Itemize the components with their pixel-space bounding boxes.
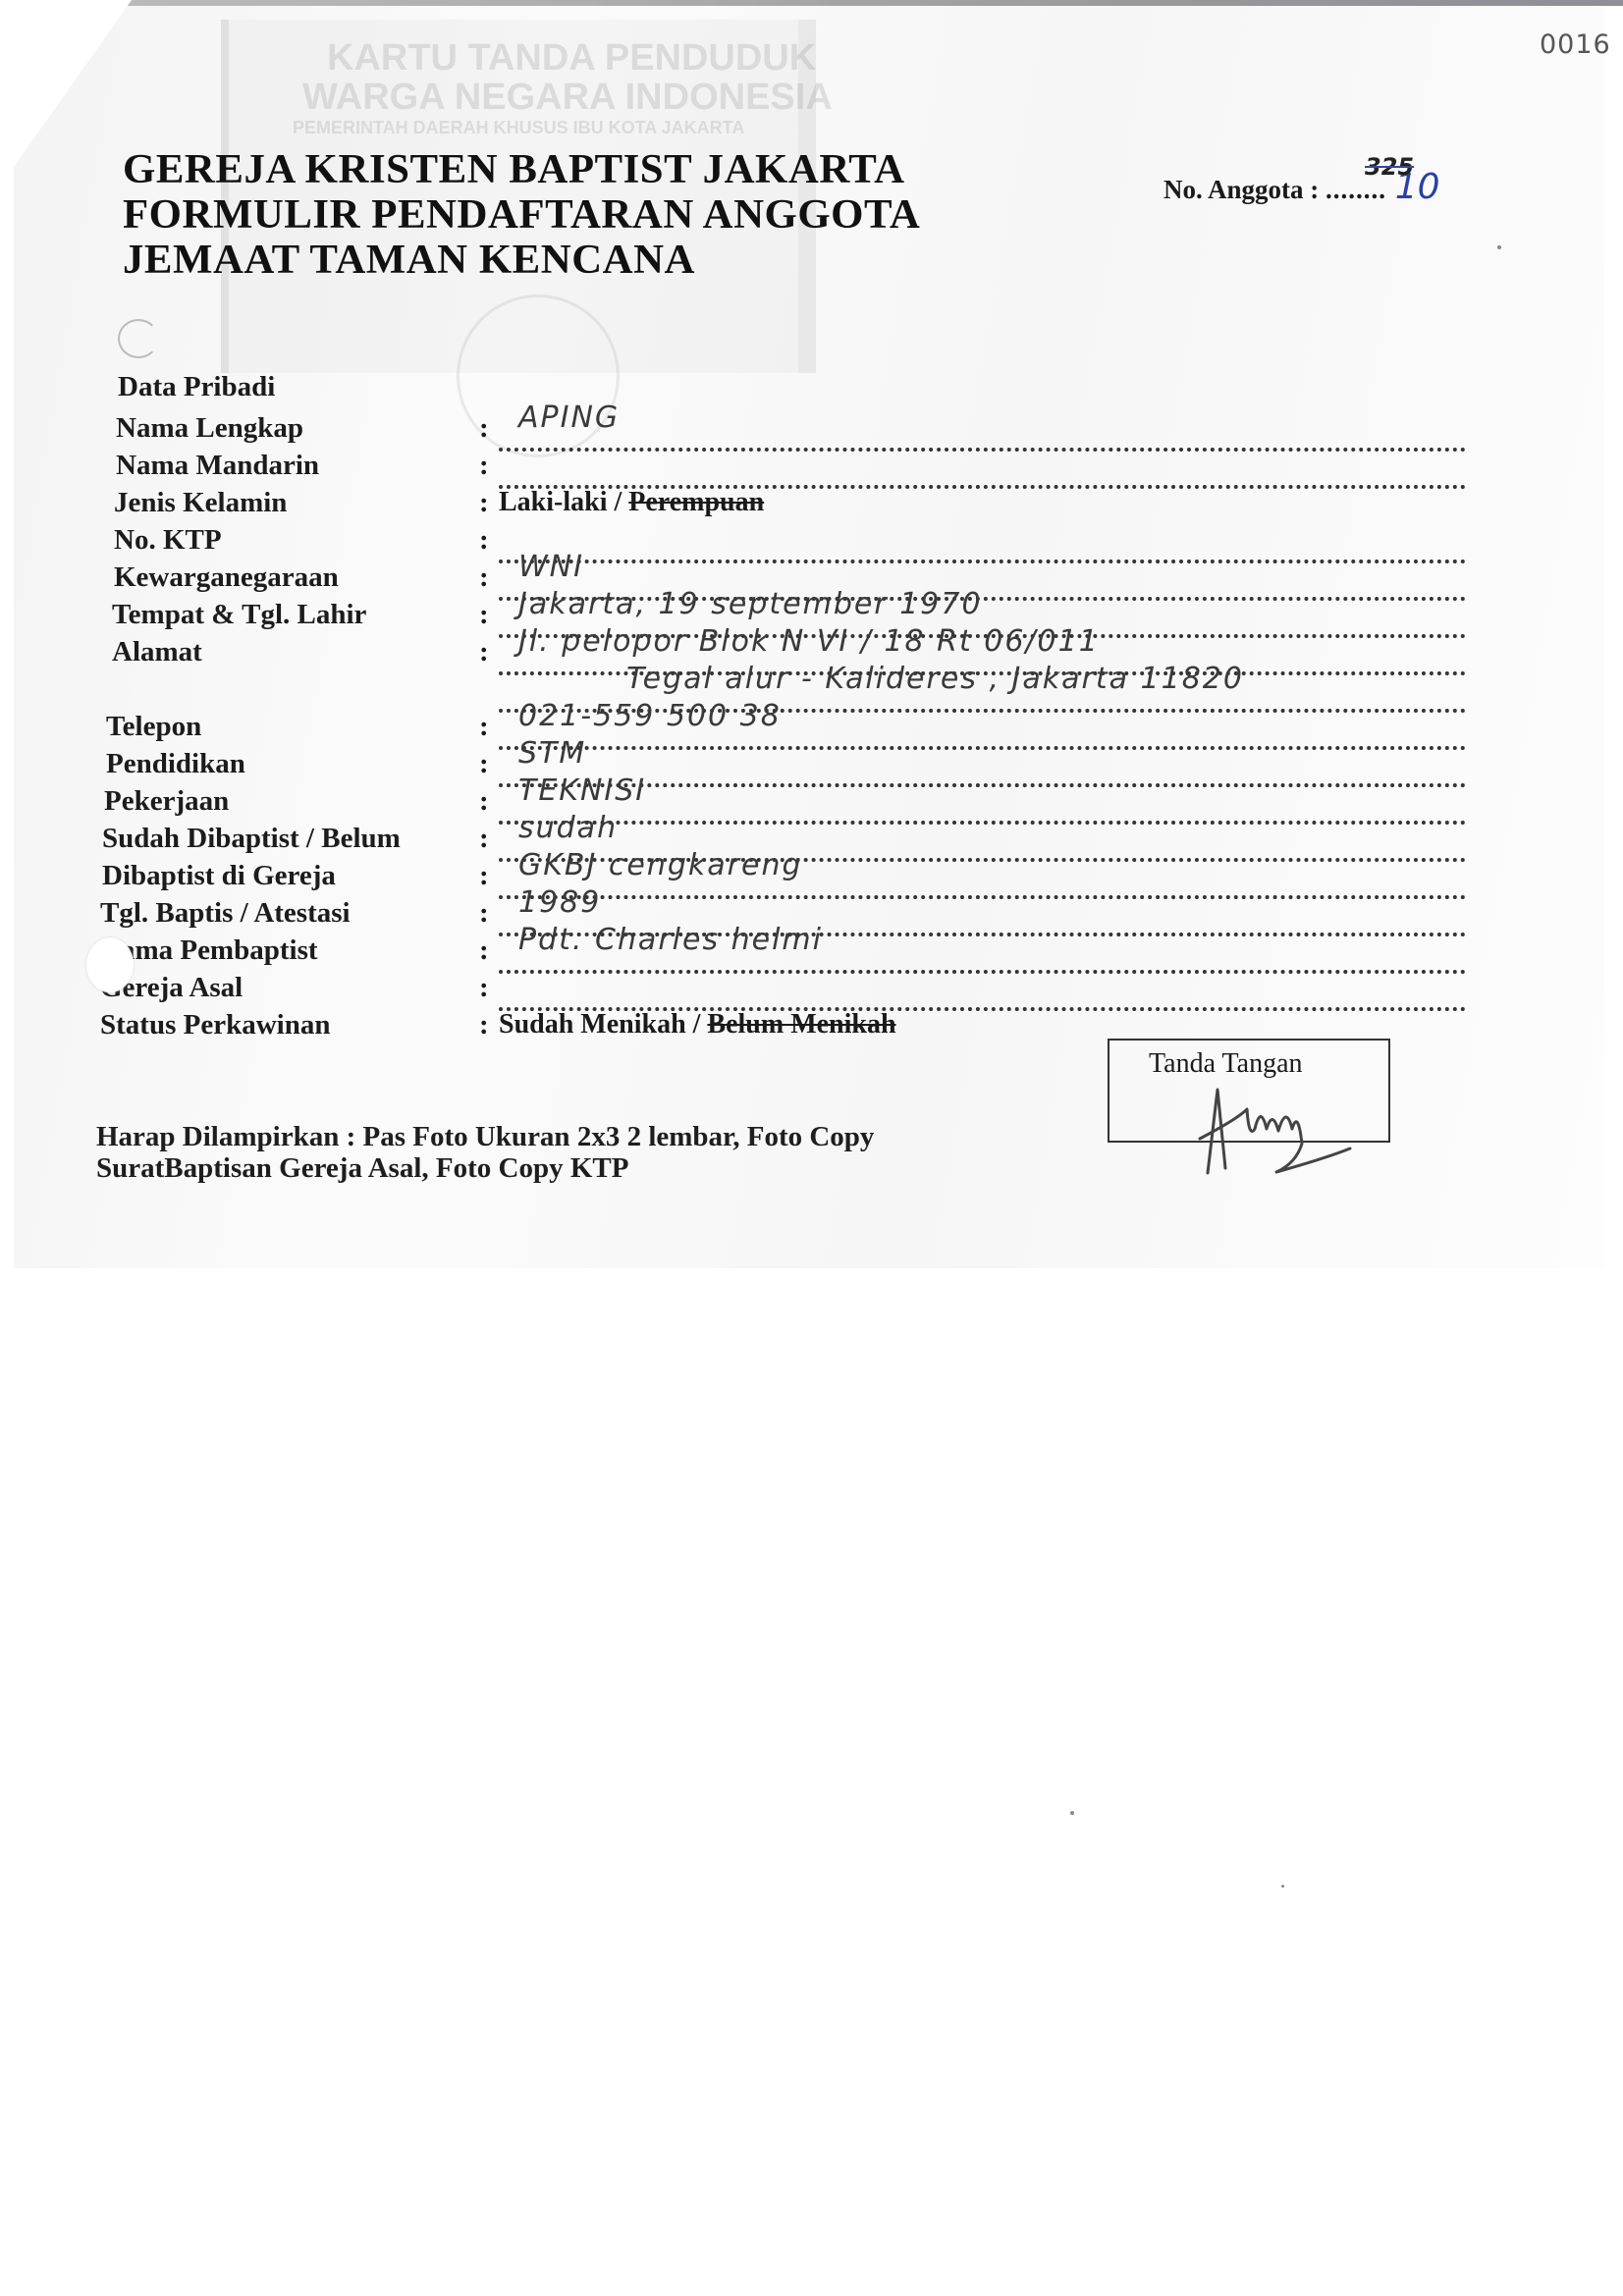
field-label: Kewarganegaraan xyxy=(114,561,339,594)
field-colon: : xyxy=(479,860,489,892)
member-number-label: No. Anggota : xyxy=(1163,175,1319,204)
title-line-church: GEREJA KRISTEN BAPTIST JAKARTA xyxy=(123,147,920,192)
field-label: Nama Lengkap xyxy=(116,412,303,445)
scan-speck xyxy=(1070,1811,1074,1815)
field-colon: : xyxy=(479,524,489,557)
member-number-struck: 325 xyxy=(1365,153,1414,181)
field-input-line[interactable] xyxy=(499,452,1466,489)
handwritten-value: Jl. pelopor Blok N VI / 18 Rt 06/011 xyxy=(518,624,1100,659)
ghost-text-1: KARTU TANDA PENDUDUK xyxy=(327,37,816,80)
form-title: GEREJA KRISTEN BAPTIST JAKARTA FORMULIR … xyxy=(123,147,904,283)
field-colon: : xyxy=(479,711,489,743)
punch-hole-mark xyxy=(118,319,159,358)
field-label: Telepon xyxy=(106,711,201,743)
field-label: Tempat & Tgl. Lahir xyxy=(112,599,366,631)
field-colon: : xyxy=(479,934,489,967)
field-colon: : xyxy=(479,785,489,818)
signature-scribble xyxy=(1178,1070,1355,1178)
folded-corner xyxy=(14,0,132,167)
field-colon: : xyxy=(479,636,489,668)
page-number: 0016 xyxy=(1540,29,1611,60)
scan-edge-shadow xyxy=(118,0,1623,6)
field-label: Alamat xyxy=(112,636,202,668)
choice-separator: / xyxy=(686,1009,708,1040)
handwritten-value: STM xyxy=(518,736,586,771)
field-label: Pekerjaan xyxy=(104,785,229,818)
scan-speck xyxy=(1281,1885,1284,1888)
handwritten-value: 1989 xyxy=(518,885,601,920)
field-label: Pendidikan xyxy=(106,748,245,780)
handwritten-value: 021-559 500 38 xyxy=(518,699,782,733)
handwritten-value: TEKNISI xyxy=(518,774,646,808)
choice-value: Laki-laki / Perempuan xyxy=(499,487,764,518)
field-colon: : xyxy=(479,412,489,445)
attachment-note-line-1: Harap Dilampirkan : Pas Foto Ukuran 2x3 … xyxy=(96,1121,874,1152)
blank-scan-area xyxy=(0,1268,1623,2296)
attachment-note: Harap Dilampirkan : Pas Foto Ukuran 2x3 … xyxy=(96,1121,874,1184)
handwritten-value: sudah xyxy=(518,811,618,845)
section-title-personal-data: Data Pribadi xyxy=(118,371,275,403)
title-line-congregation: JEMAAT TAMAN KENCANA xyxy=(123,238,920,283)
choice-value: Sudah Menikah / Belum Menikah xyxy=(499,1009,896,1041)
field-label: Status Perkawinan xyxy=(100,1009,330,1041)
field-colon: : xyxy=(479,823,489,855)
field-input-line[interactable] xyxy=(499,974,1466,1011)
handwritten-value: Jakarta, 19 september 1970 xyxy=(518,587,983,621)
field-input-line[interactable] xyxy=(499,414,1466,452)
choice-struck: Belum Menikah xyxy=(707,1009,895,1040)
field-input-line[interactable] xyxy=(499,526,1466,563)
field-colon: : xyxy=(479,1009,489,1041)
field-label: Dibaptist di Gereja xyxy=(102,860,336,892)
field-colon: : xyxy=(479,487,489,519)
choice-struck: Perempuan xyxy=(628,487,764,517)
handwritten-value: GKBJ cengkareng xyxy=(518,848,803,882)
field-label: Tgl. Baptis / Atestasi xyxy=(100,897,351,930)
title-line-form: FORMULIR PENDAFTARAN ANGGOTA xyxy=(123,192,920,238)
field-label: No. KTP xyxy=(114,524,222,557)
member-number: No. Anggota : ........ 325 10 xyxy=(1163,167,1440,207)
choice-separator: / xyxy=(607,487,628,517)
handwritten-value-line-2: Tegal alur - Kalideres , Jakarta 11820 xyxy=(626,662,1244,696)
attachment-note-line-2: SuratBaptisan Gereja Asal, Foto Copy KTP xyxy=(96,1152,874,1184)
ghost-text-3: PEMERINTAH DAERAH KHUSUS IBU KOTA JAKART… xyxy=(293,118,744,138)
field-colon: : xyxy=(479,450,489,482)
field-label: Nama Mandarin xyxy=(116,450,319,482)
scan-speck xyxy=(1497,245,1501,249)
field-colon: : xyxy=(479,748,489,780)
punch-hole xyxy=(86,937,134,992)
field-colon: : xyxy=(479,897,489,930)
field-label: Jenis Kelamin xyxy=(114,487,287,519)
handwritten-value: Pdt. Charles helmi xyxy=(518,923,823,957)
field-label: Sudah Dibaptist / Belum xyxy=(102,823,401,855)
choice-selected: Laki-laki xyxy=(499,487,607,517)
field-colon: : xyxy=(479,599,489,631)
field-colon: : xyxy=(479,972,489,1004)
choice-selected: Sudah Menikah xyxy=(499,1009,686,1040)
handwritten-value: APING xyxy=(518,400,620,435)
ghost-text-2: WARGA NEGARA INDONESIA xyxy=(302,77,833,119)
field-colon: : xyxy=(479,561,489,594)
handwritten-value: WNI xyxy=(518,550,584,584)
